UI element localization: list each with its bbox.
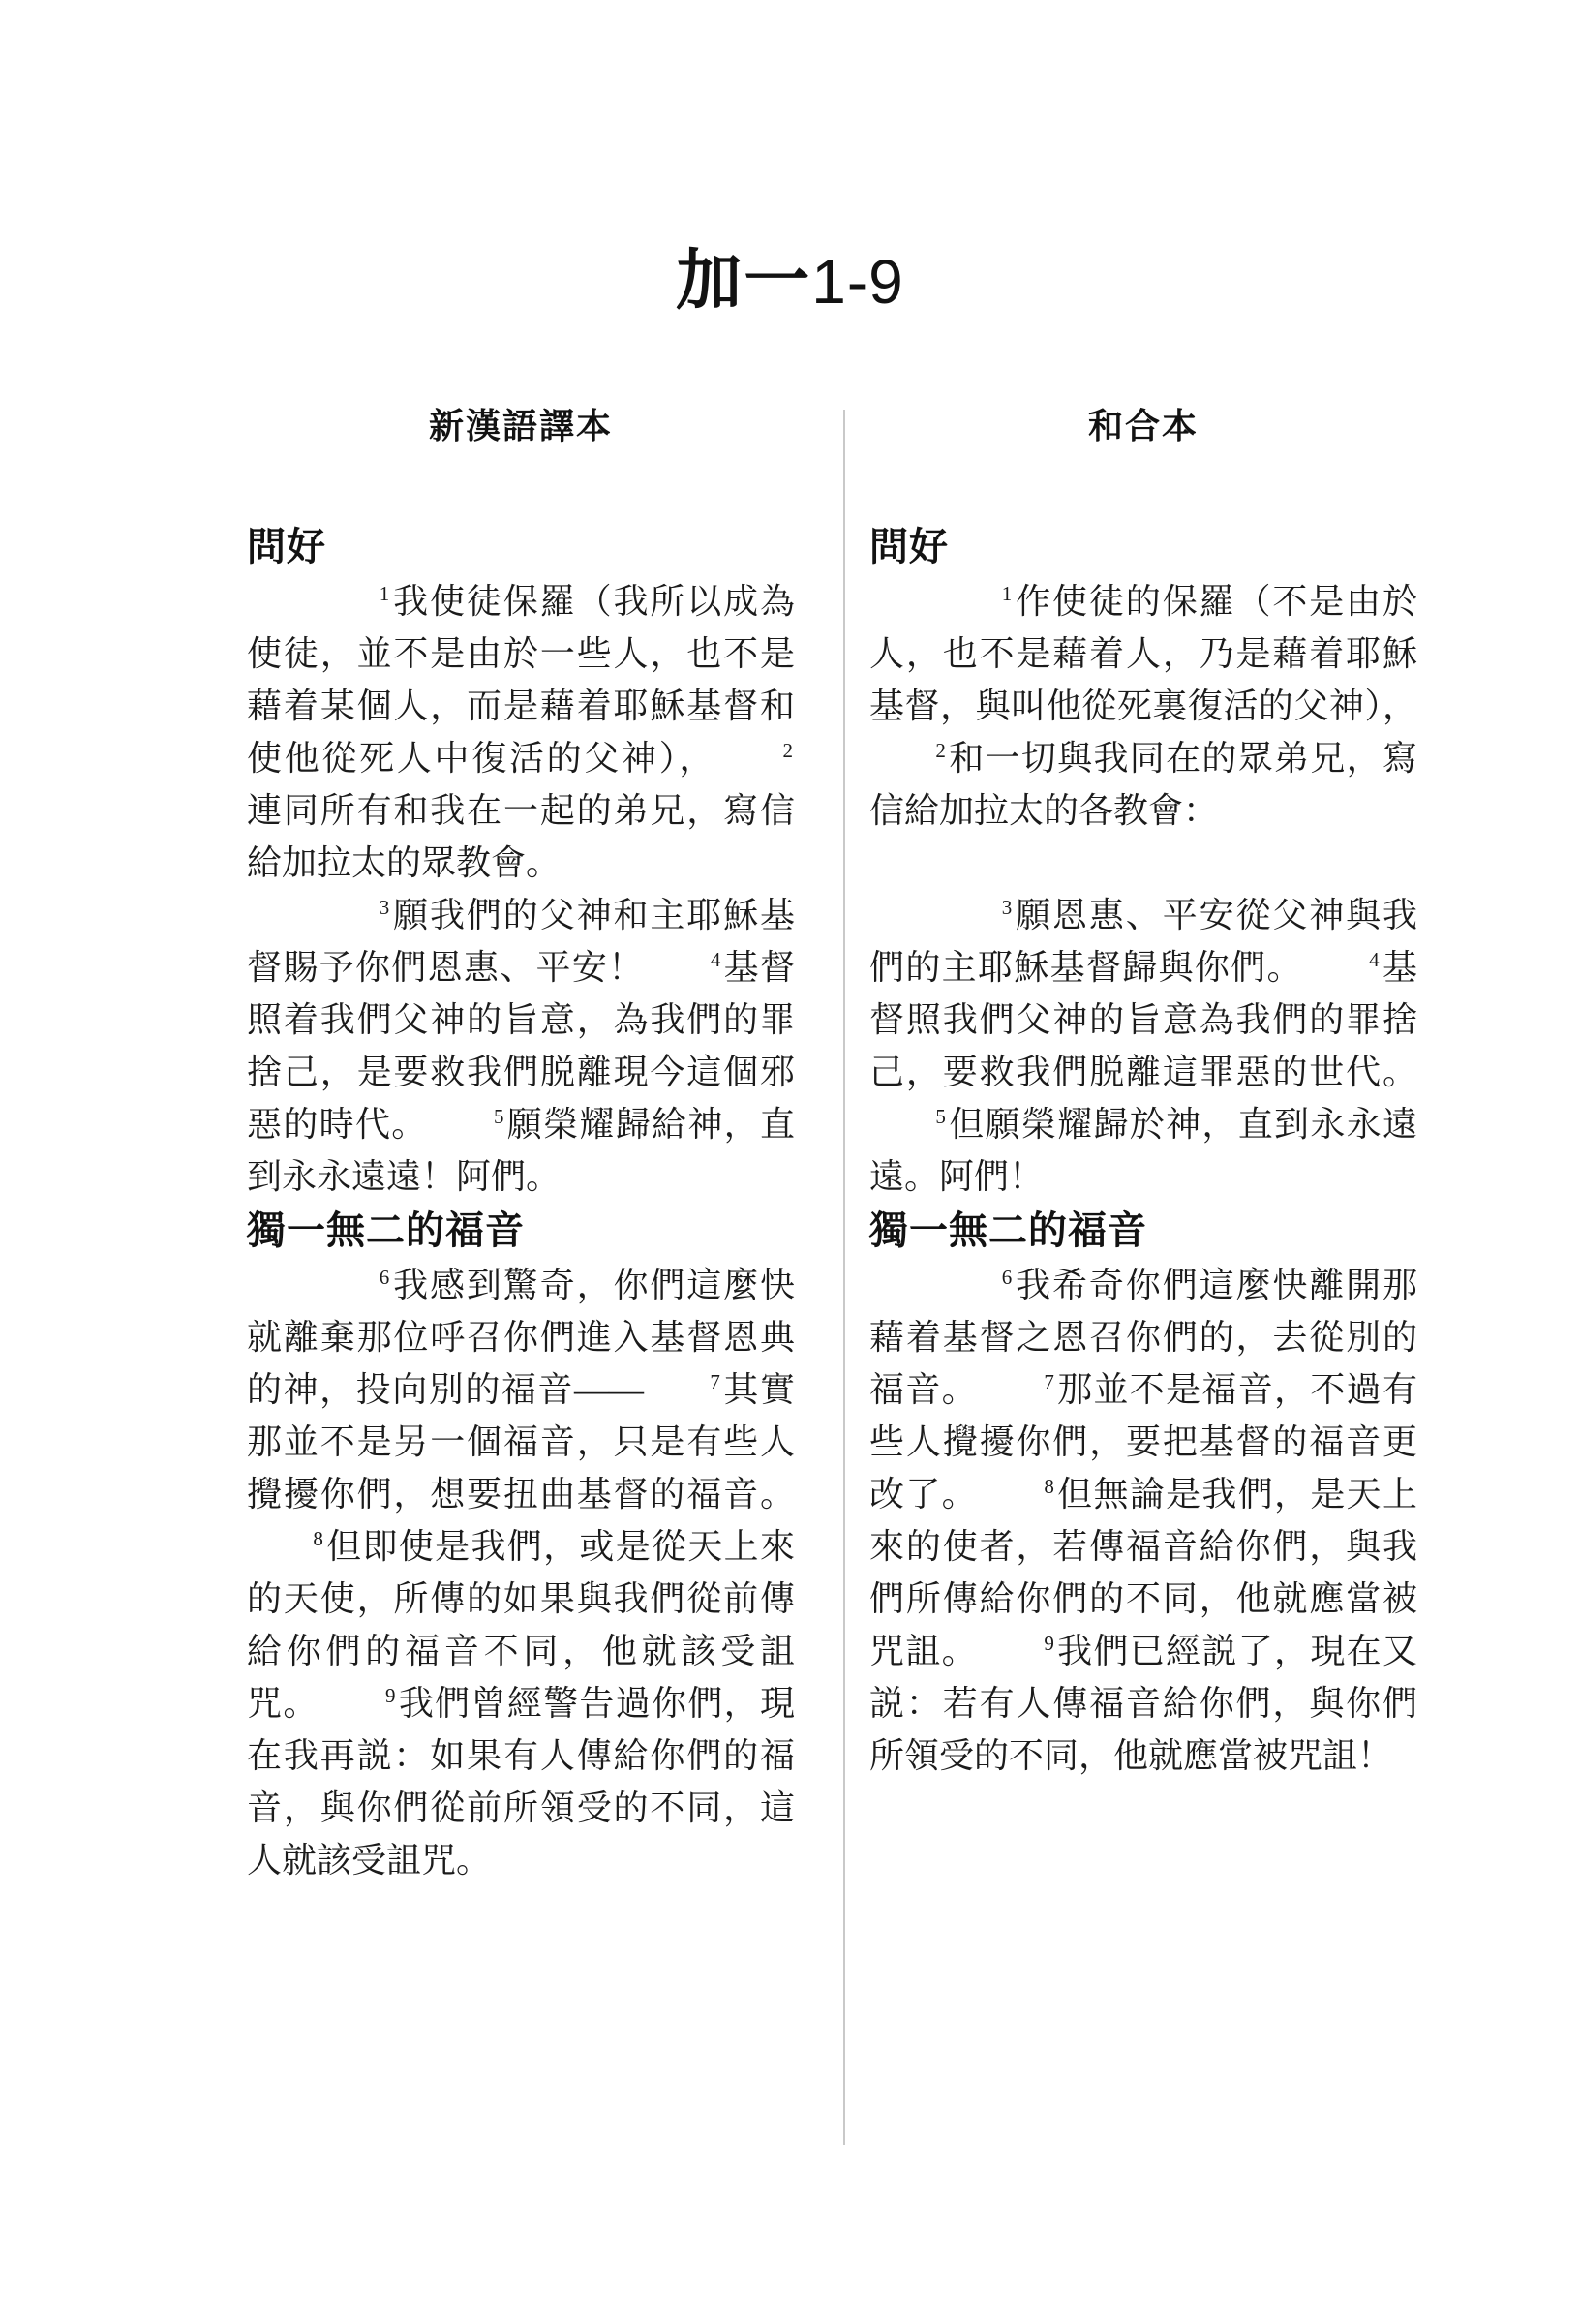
verse-text: 我們曾經警告過你們，現在我再説：如果有人傳給你們的福音，與你們從前所領受的不同，… (247, 1684, 795, 1880)
document-page: 加一1-9 新漢語譯本 問好1我使徒保羅（我所以成為使徒，並不是由於一些人，也不… (0, 0, 1580, 2324)
section-heading: 獨一無二的福音 (247, 1203, 795, 1259)
verse-text: 願恩惠、平安從父神與我們的主耶穌基督歸與你們。 (869, 896, 1417, 987)
verse-text: 但願榮耀歸於神，直到永永遠遠。阿們！ (869, 1105, 1417, 1196)
column-union-version: 和合本 問好1作使徒的保羅（不是由於人，也不是藉着人，乃是藉着耶穌基督，與叫他從… (869, 405, 1417, 1782)
verse-paragraph: 1我使徒保羅（我所以成為使徒，並不是由於一些人，也不是藉着某個人，而是藉着耶穌基… (247, 575, 795, 889)
column-header-new-chinese-version: 新漢語譯本 (247, 405, 795, 447)
section-heading: 獨一無二的福音 (869, 1203, 1417, 1259)
verse-text: 我使徒保羅（我所以成為使徒，並不是由於一些人，也不是藉着某個人，而是藉着耶穌基督… (247, 582, 795, 778)
page-title-book: 加一 (676, 244, 811, 318)
page-title-range: 1-9 (811, 247, 904, 317)
column-header-union-version: 和合本 (869, 405, 1417, 447)
column-body: 問好1作使徒的保羅（不是由於人，也不是藉着人，乃是藉着耶穌基督，與叫他從死裏復活… (869, 519, 1417, 1782)
column-new-chinese-version: 新漢語譯本 問好1我使徒保羅（我所以成為使徒，並不是由於一些人，也不是藉着某個人… (247, 405, 795, 1886)
verse-text: 連同所有和我在一起的弟兄，寫信給加拉太的眾教會。 (247, 791, 795, 882)
page-title: 加一1-9 (0, 240, 1580, 333)
section-heading: 問好 (869, 519, 1417, 575)
verse-paragraph: 6我希奇你們這麼快離開那藉着基督之恩召你們的，去從別的福音。7那並不是福音，不過… (869, 1259, 1417, 1782)
verse-paragraph: 6我感到驚奇，你們這麼快就離棄那位呼召你們進入基督恩典的神，投向別的福音——7其… (247, 1259, 795, 1886)
verse-paragraph: 1作使徒的保羅（不是由於人，也不是藉着人，乃是藉着耶穌基督，與叫他從死裏復活的父… (869, 575, 1417, 837)
section-heading: 問好 (247, 519, 795, 575)
verse-text: 作使徒的保羅（不是由於人，也不是藉着人，乃是藉着耶穌基督，與叫他從死裏復活的父神… (869, 582, 1417, 725)
column-body: 問好1我使徒保羅（我所以成為使徒，並不是由於一些人，也不是藉着某個人，而是藉着耶… (247, 519, 795, 1886)
verse-paragraph: 3願恩惠、平安從父神與我們的主耶穌基督歸與你們。4基督照我們父神的旨意為我們的罪… (869, 889, 1417, 1203)
column-divider (843, 410, 845, 2145)
verse-text: 和一切與我同在的眾弟兄，寫信給加拉太的各教會： (869, 739, 1417, 830)
verse-paragraph: 3願我們的父神和主耶穌基督賜予你們恩惠、平安！4基督照着我們父神的旨意，為我們的… (247, 889, 795, 1203)
verse-text: 願我們的父神和主耶穌基督賜予你們恩惠、平安！ (247, 896, 795, 987)
